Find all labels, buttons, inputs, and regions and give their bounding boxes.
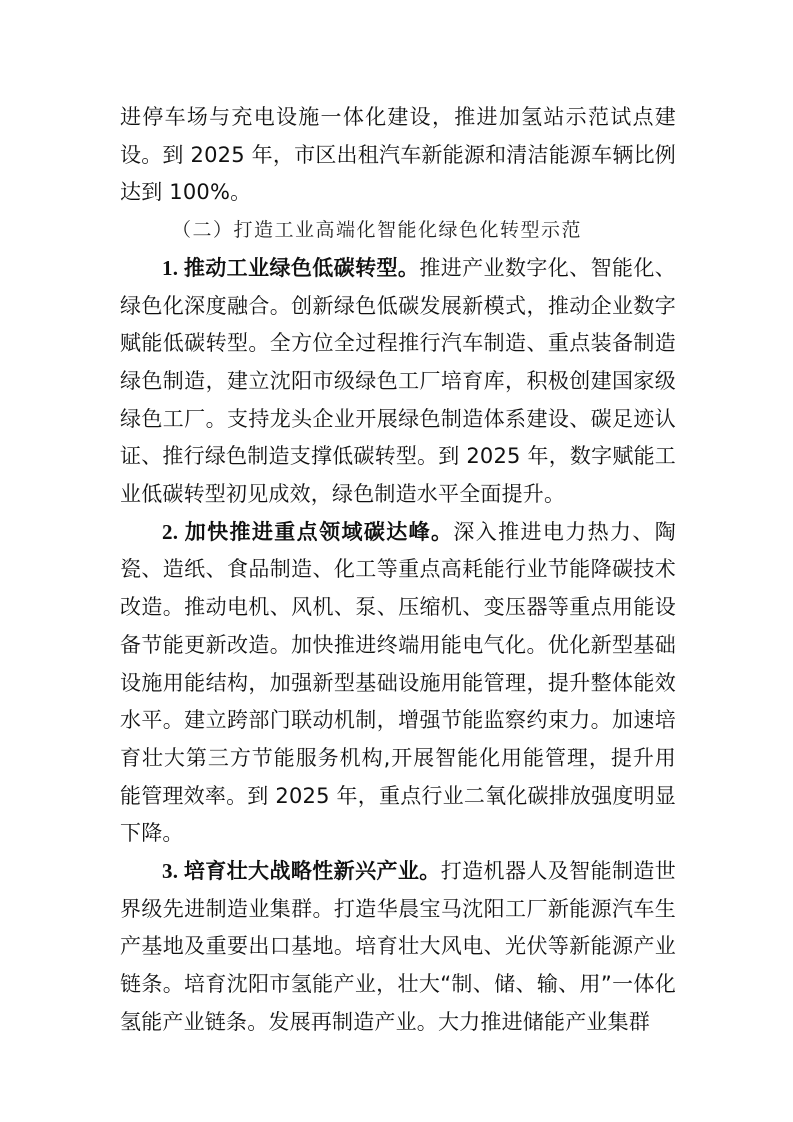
- section-heading: （二）打造工业高端化智能化绿色化转型示范: [120, 212, 676, 250]
- document-page: 进停车场与充电设施一体化建设，推进加氢站示范试点建设。到 2025 年，市区出租…: [120, 99, 676, 1042]
- item-body: 推进产业数字化、智能化、绿色化深度融合。创新绿色低碳发展新模式，推动企业数字赋能…: [120, 256, 676, 506]
- item-title: 加快推进重点领域碳达峰。: [185, 520, 454, 544]
- item-title: 培育壮大战略性新兴产业。: [184, 859, 441, 883]
- item-body: 打造机器人及智能制造世界级先进制造业集群。打造华晨宝马沈阳工厂新能源汽车生产基地…: [120, 859, 676, 1034]
- item-number: 3.: [162, 859, 184, 883]
- item-body: 深入推进电力热力、陶瓷、造纸、食品制造、化工等重点高耗能行业节能降碳技术改造。推…: [120, 520, 676, 846]
- intro-paragraph: 进停车场与充电设施一体化建设，推进加氢站示范试点建设。到 2025 年，市区出租…: [120, 99, 676, 212]
- item-number: 1.: [162, 256, 184, 280]
- item-paragraph-3: 3. 培育壮大战略性新兴产业。打造机器人及智能制造世界级先进制造业集群。打造华晨…: [120, 853, 676, 1042]
- item-number: 2.: [162, 520, 185, 544]
- item-paragraph-2: 2. 加快推进重点领域碳达峰。深入推进电力热力、陶瓷、造纸、食品制造、化工等重点…: [120, 514, 676, 853]
- item-title: 推动工业绿色低碳转型。: [184, 256, 420, 280]
- item-paragraph-1: 1. 推动工业绿色低碳转型。推进产业数字化、智能化、绿色化深度融合。创新绿色低碳…: [120, 250, 676, 514]
